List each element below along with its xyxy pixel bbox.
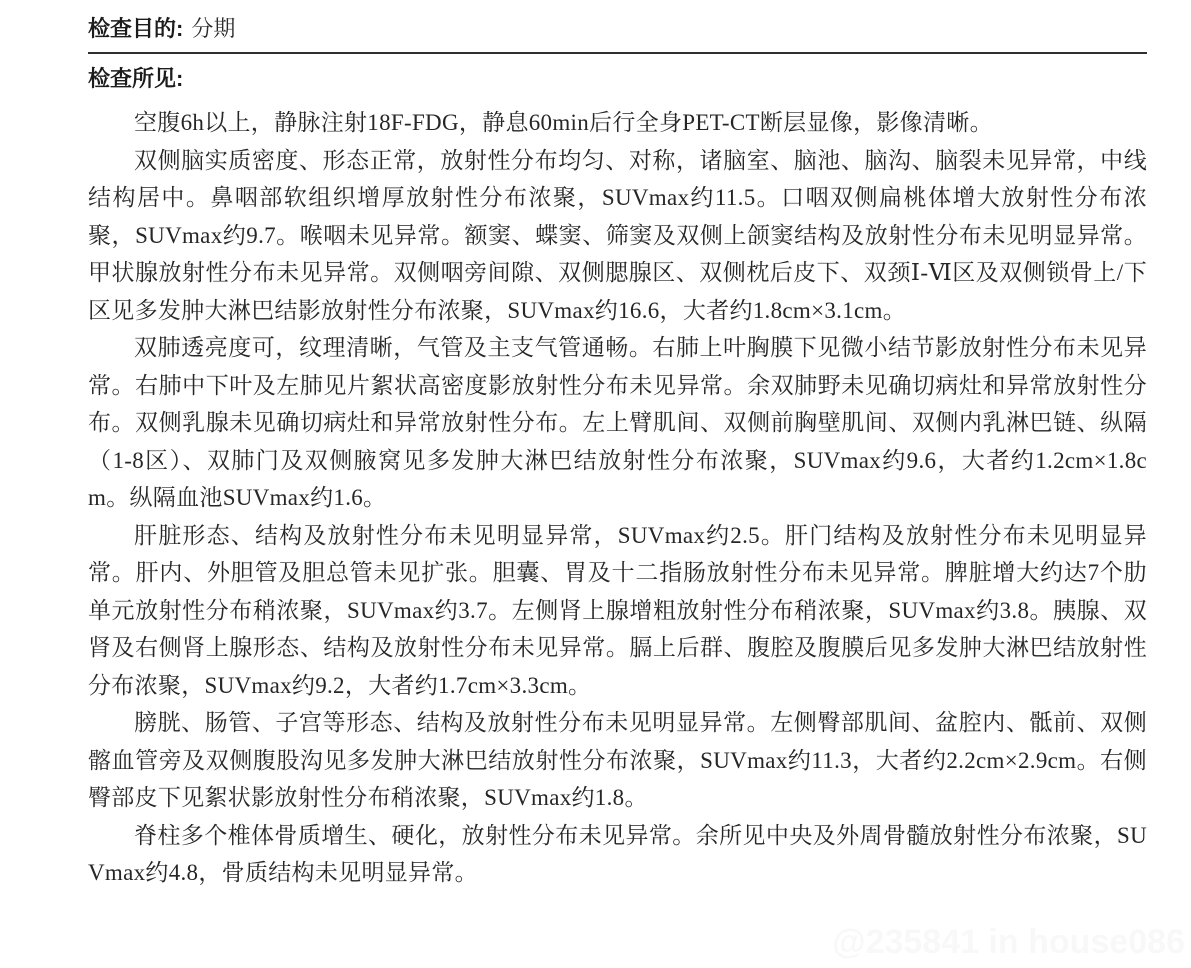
paragraph-pelvis: 膀胱、肠管、子宫等形态、结构及放射性分布未见明显异常。左侧臀部肌间、盆腔内、骶前… — [88, 704, 1147, 817]
report-content: 检查目的:分期 检查所见: 空腹6h以上，静脉注射18F-FDG，静息60min… — [88, 14, 1147, 892]
paragraph-head-neck: 双侧脑实质密度、形态正常，放射性分布均匀、对称，诸脑室、脑池、脑沟、脑裂未见异常… — [88, 142, 1147, 330]
exam-purpose-value: 分期 — [191, 16, 235, 41]
faint-watermark: @235841 in house086 — [832, 923, 1185, 962]
pet-ct-report-page: 检查目的:分期 检查所见: 空腹6h以上，静脉注射18F-FDG，静息60min… — [0, 0, 1191, 968]
findings-heading: 检查所见: — [88, 64, 1147, 94]
paragraph-chest: 双肺透亮度可，纹理清晰，气管及主支气管通畅。右肺上叶胸膜下见微小结节影放射性分布… — [88, 329, 1147, 517]
exam-purpose-row: 检查目的:分期 — [88, 14, 1147, 44]
paragraph-abdomen: 肝脏形态、结构及放射性分布未见明显异常，SUVmax约2.5。肝门结构及放射性分… — [88, 517, 1147, 705]
exam-purpose-label: 检查目的: — [88, 16, 183, 41]
paragraph-bones: 脊柱多个椎体骨质增生、硬化，放射性分布未见异常。余所见中央及外周骨髓放射性分布浓… — [88, 817, 1147, 892]
report-body: 空腹6h以上，静脉注射18F-FDG，静息60min后行全身PET-CT断层显像… — [88, 104, 1147, 892]
divider-line — [88, 52, 1147, 54]
paragraph-technique: 空腹6h以上，静脉注射18F-FDG，静息60min后行全身PET-CT断层显像… — [88, 104, 1147, 142]
